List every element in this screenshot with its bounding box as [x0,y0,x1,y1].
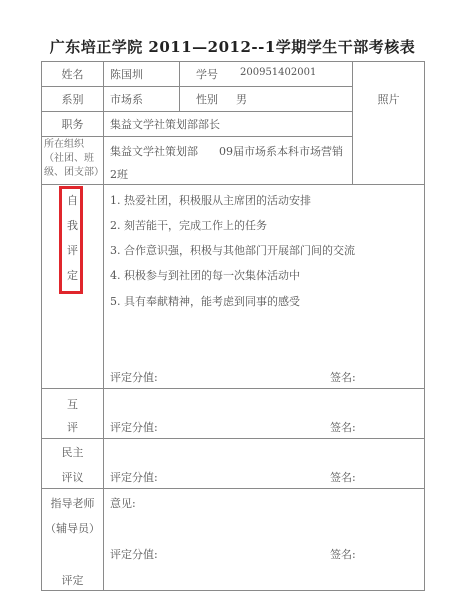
table-border-left [41,61,42,591]
position-label: 职务 [42,116,103,132]
row-line [41,86,352,87]
gender-value: 男 [236,91,247,107]
democratic-eval-score-label: 评定分值: [110,469,158,485]
democratic-eval-label-line: 评议 [42,469,103,485]
org-label-line2: （社团、班 [44,152,94,166]
row-line [41,136,352,137]
org-label-line1: 所在组织 [44,138,84,152]
advisor-score-label: 评定分值: [110,546,158,562]
self-eval-item: 4. 积极参与到社团的每一次集体活动中 [110,267,300,283]
peer-eval-score-label: 评定分值: [110,419,158,435]
col-line [352,61,353,184]
photo-placeholder: 照片 [353,91,424,107]
highlight-box [59,186,83,294]
peer-eval-label-char: 评 [42,419,103,435]
self-eval-item: 1. 热爱社团，积极服从主席团的活动安排 [110,192,311,208]
advisor-sign-label: 签名: [330,546,356,562]
org-value-line2: 2班 [110,166,128,182]
name-label: 姓名 [42,66,103,82]
row-line [41,488,425,489]
advisor-eval-label-line: 评定 [42,572,103,588]
table-border-top [41,61,425,62]
self-eval-sign-label: 签名: [330,369,356,385]
peer-eval-sign-label: 签名: [330,419,356,435]
row-line [41,111,352,112]
student-id-value: 200951402001 [240,67,316,78]
table-border-right [424,61,425,591]
row-line [41,438,425,439]
org-value-line1: 集益文学社策划部 09届市场系本科市场营销 [110,143,343,159]
advisor-eval-label-line: （辅导员） [42,520,103,536]
advisor-eval-label-line: 指导老师 [42,495,103,511]
student-id-label: 学号 [196,66,218,82]
table-border-bottom [41,590,425,591]
democratic-eval-label-line: 民主 [42,444,103,460]
dept-label: 系别 [42,91,103,107]
gender-label: 性别 [196,91,218,107]
row-line [41,184,425,185]
name-value: 陈国圳 [110,66,143,82]
self-eval-item: 3. 合作意识强，积极与其他部门开展部门间的交流 [110,242,355,258]
position-value: 集益文学社策划部部长 [110,116,220,132]
col-line [103,61,104,591]
peer-eval-label-char: 互 [42,396,103,412]
self-eval-score-label: 评定分值: [110,369,158,385]
self-eval-item: 5. 具有奉献精神，能考虑到同事的感受 [110,293,300,309]
form-title: 广东培正学院 2011—2012--1学期学生干部考核表 [0,36,465,57]
org-label-line3: 级、团支部） [44,166,104,180]
self-eval-item: 2. 刻苦能干，完成工作上的任务 [110,217,267,233]
democratic-eval-sign-label: 签名: [330,469,356,485]
advisor-opinion-label: 意见: [110,495,136,511]
dept-value: 市场系 [110,91,143,107]
row-line [41,388,425,389]
col-line [179,61,180,111]
